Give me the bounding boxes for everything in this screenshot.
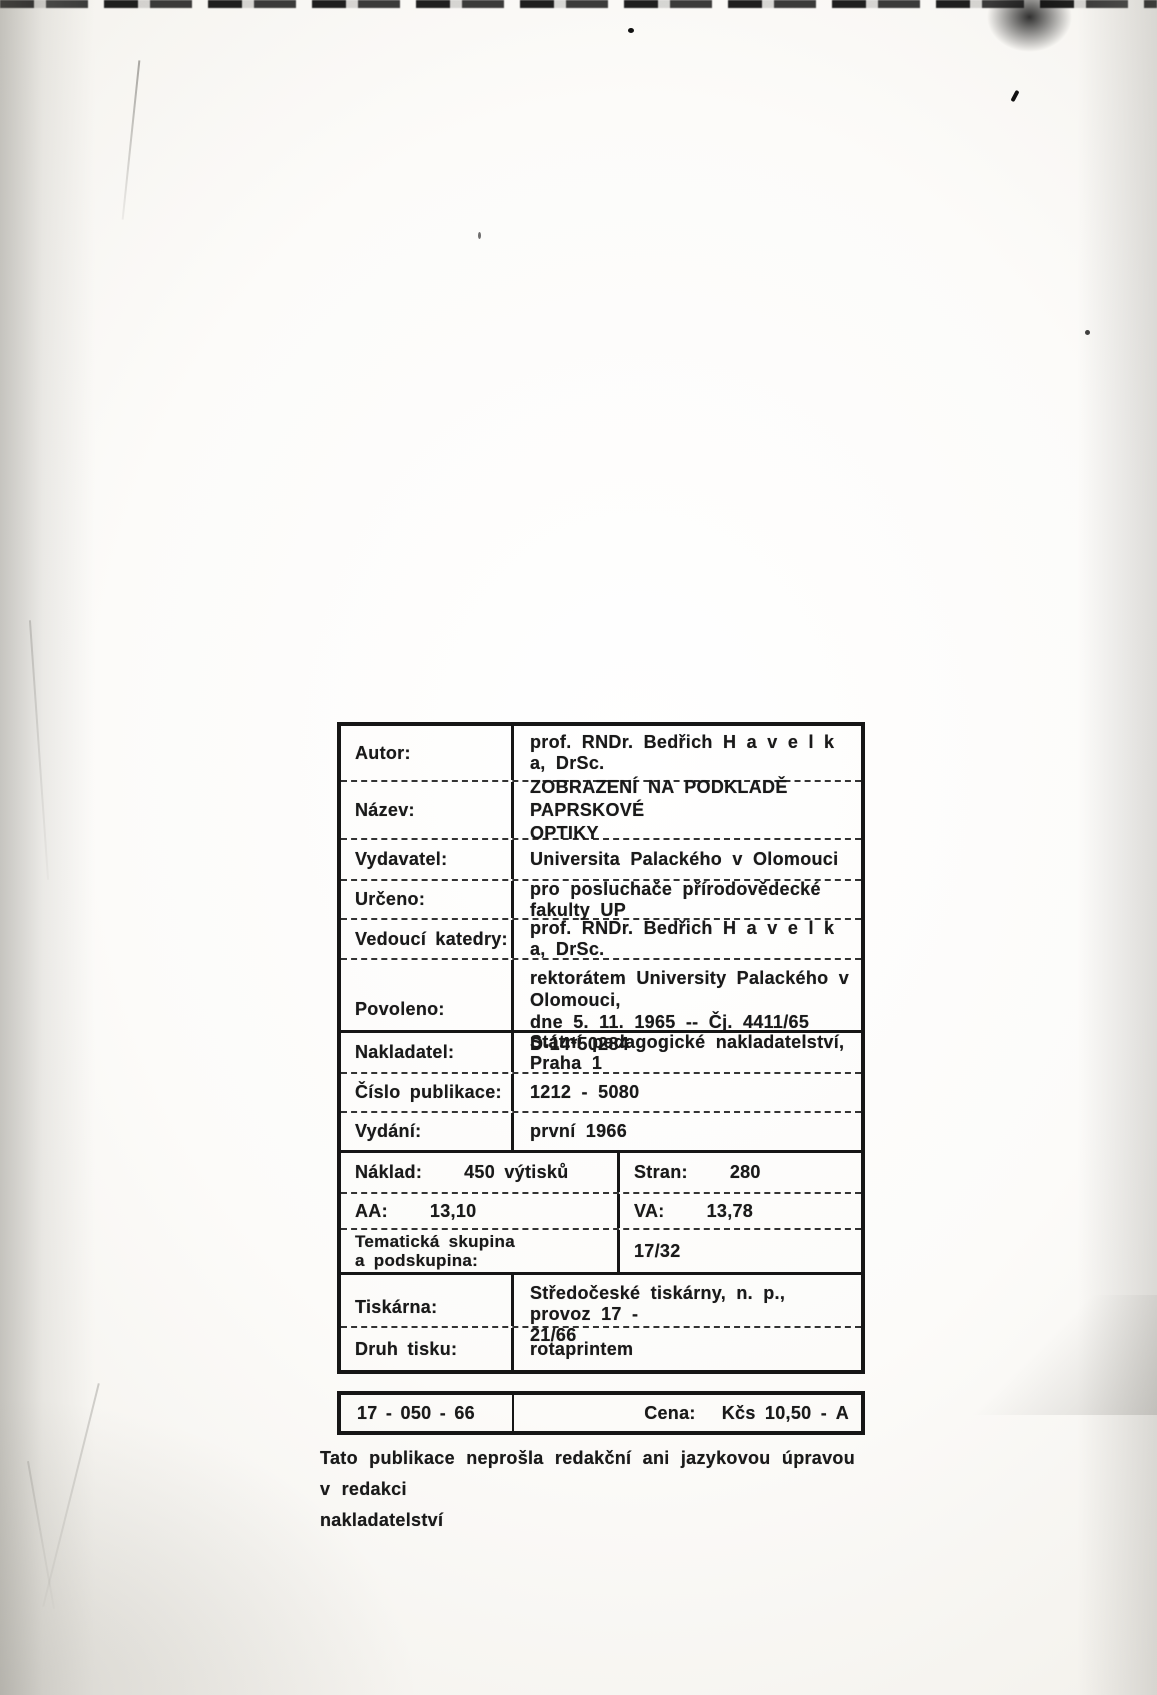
- row-value-text: prof. RNDr. Bedřich H a v e l k a, DrSc.: [530, 918, 855, 960]
- row-value: rektorátem University Palackého v Olomou…: [514, 960, 861, 1030]
- row-value: rotaprintem: [514, 1328, 861, 1370]
- footer-note: Tato publikace neprošla redakční ani jaz…: [320, 1443, 865, 1536]
- scan-artifact-shade: [0, 1395, 420, 1695]
- cell-label: Tematická skupina a podskupina:: [355, 1232, 515, 1270]
- row-value-text: rotaprintem: [530, 1339, 855, 1360]
- row-value-text: Universita Palackého v Olomouci: [530, 849, 855, 870]
- row-value-text: pro posluchače přírodovědecké fakulty UP: [530, 879, 855, 921]
- price-value: Kčs 10,50 - A: [722, 1403, 849, 1424]
- footer-note-line: Tato publikace neprošla redakční ani jaz…: [320, 1443, 865, 1505]
- table-row-urceno: Určeno: pro posluchače přírodovědecké fa…: [341, 881, 861, 920]
- row-value: Universita Palackého v Olomouci: [514, 840, 861, 879]
- table-row-nazev: Název: ZOBRAZENÍ NA PODKLADĚ PAPRSKOVÉ O…: [341, 782, 861, 840]
- table-row-aa-va: AA: 13,10 VA: 13,78: [341, 1194, 861, 1230]
- table-row-vydavatel: Vydavatel: Universita Palackého v Olomou…: [341, 840, 861, 881]
- split-cell-right: 17/32: [620, 1230, 861, 1272]
- price-label: Cena:: [644, 1403, 696, 1424]
- row-label: Tiskárna:: [341, 1275, 514, 1326]
- scan-artifact-top-edge: [0, 0, 1157, 8]
- table-row-vydani: Vydání: první 1966: [341, 1113, 861, 1153]
- scan-artifact-fold: [967, 1295, 1157, 1415]
- split-cell-right: Stran: 280: [620, 1153, 861, 1192]
- row-value: pro posluchače přírodovědecké fakulty UP: [514, 881, 861, 918]
- row-value-text: prof. RNDr. Bedřich H a v e l k a, DrSc.: [530, 732, 855, 774]
- row-label: Vydavatel:: [341, 840, 514, 879]
- row-value: první 1966: [514, 1113, 861, 1150]
- scan-artifact-left-edge: [0, 0, 95, 1695]
- cell-label: VA:: [634, 1201, 665, 1222]
- price-cell: Cena: Kčs 10,50 - A: [514, 1395, 861, 1431]
- cell-label: Stran:: [634, 1162, 688, 1183]
- price-box: 17 - 050 - 66 Cena: Kčs 10,50 - A: [337, 1391, 865, 1435]
- scan-artifact-speck: [478, 232, 481, 239]
- table-row-druh-tisku: Druh tisku: rotaprintem: [341, 1328, 861, 1370]
- cell-label-line: Tematická skupina: [355, 1232, 515, 1251]
- row-value-text: první 1966: [530, 1121, 855, 1142]
- row-label: Autor:: [341, 726, 514, 780]
- cell-label-line: a podskupina:: [355, 1251, 515, 1270]
- scan-artifact-speck: [1085, 330, 1090, 335]
- scan-artifact-corner: [987, 0, 1072, 52]
- row-value-text: 1212 - 5080: [530, 1082, 855, 1103]
- table-row-autor: Autor: prof. RNDr. Bedřich H a v e l k a…: [341, 726, 861, 782]
- split-cell-left: Náklad: 450 výtisků: [341, 1153, 620, 1192]
- cell-value: 17/32: [634, 1241, 681, 1262]
- table-row-vedouci-katedry: Vedoucí katedry: prof. RNDr. Bedřich H a…: [341, 920, 861, 960]
- table-row-nakladatel: Nakladatel: Státní pedagogické nakladate…: [341, 1033, 861, 1074]
- row-value-text: Státní pedagogické nakladatelství, Praha…: [530, 1032, 855, 1074]
- row-value-line: Středočeské tiskárny, n. p., provoz 17 -: [530, 1283, 855, 1325]
- row-value: 1212 - 5080: [514, 1074, 861, 1111]
- table-row-povoleno: Povoleno: rektorátem University Palackéh…: [341, 960, 861, 1033]
- row-label: Povoleno:: [341, 960, 514, 1030]
- table-row-naklad-stran: Náklad: 450 výtisků Stran: 280: [341, 1153, 861, 1194]
- cell-label: Náklad:: [355, 1162, 422, 1183]
- scan-artifact-crease: [122, 60, 141, 219]
- row-value-line: dne 5. 11. 1965 -- Čj. 4411/65: [530, 1011, 855, 1033]
- split-cell-right: VA: 13,78: [620, 1194, 861, 1228]
- row-value-line: rektorátem University Palackého v Olomou…: [530, 967, 855, 1011]
- row-label: Vydání:: [341, 1113, 514, 1150]
- row-label: Nakladatel:: [341, 1033, 514, 1072]
- row-label: Číslo publikace:: [341, 1074, 514, 1111]
- scan-artifact-crease: [42, 1383, 100, 1607]
- table-row-tiskarna: Tiskárna: Středočeské tiskárny, n. p., p…: [341, 1275, 861, 1328]
- row-value: Středočeské tiskárny, n. p., provoz 17 -…: [514, 1275, 861, 1326]
- row-value: ZOBRAZENÍ NA PODKLADĚ PAPRSKOVÉ OPTIKY: [514, 782, 861, 838]
- row-value: prof. RNDr. Bedřich H a v e l k a, DrSc.: [514, 726, 861, 780]
- table-row-tematicka-skupina: Tematická skupina a podskupina: 17/32: [341, 1230, 861, 1275]
- row-label: Název:: [341, 782, 514, 838]
- cell-value: 13,78: [707, 1201, 754, 1222]
- row-value-line: ZOBRAZENÍ NA PODKLADĚ PAPRSKOVÉ: [530, 776, 855, 822]
- footer-note-line: nakladatelství: [320, 1505, 865, 1536]
- scan-artifact-speck: [628, 28, 634, 33]
- scan-artifact-speck: [1010, 90, 1019, 102]
- cell-value: 280: [730, 1162, 761, 1183]
- table-row-cislo-publikace: Číslo publikace: 1212 - 5080: [341, 1074, 861, 1113]
- scan-artifact-crease: [27, 1461, 55, 1609]
- publication-code: 17 - 050 - 66: [341, 1395, 514, 1431]
- scan-artifact-crease: [29, 620, 49, 880]
- row-label: Určeno:: [341, 881, 514, 918]
- row-label: Druh tisku:: [341, 1328, 514, 1370]
- row-label: Vedoucí katedry:: [341, 920, 514, 958]
- cell-value: 13,10: [430, 1201, 477, 1222]
- split-cell-left: AA: 13,10: [341, 1194, 620, 1228]
- colophon-table: Autor: prof. RNDr. Bedřich H a v e l k a…: [337, 722, 865, 1374]
- scanned-colophon-page: Autor: prof. RNDr. Bedřich H a v e l k a…: [0, 0, 1157, 1695]
- split-cell-left: Tematická skupina a podskupina:: [341, 1230, 620, 1272]
- row-value: Státní pedagogické nakladatelství, Praha…: [514, 1033, 861, 1072]
- row-value: prof. RNDr. Bedřich H a v e l k a, DrSc.: [514, 920, 861, 958]
- cell-label: AA:: [355, 1201, 388, 1222]
- scan-artifact-right-edge: [1077, 0, 1157, 1695]
- cell-value: 450 výtisků: [464, 1162, 568, 1183]
